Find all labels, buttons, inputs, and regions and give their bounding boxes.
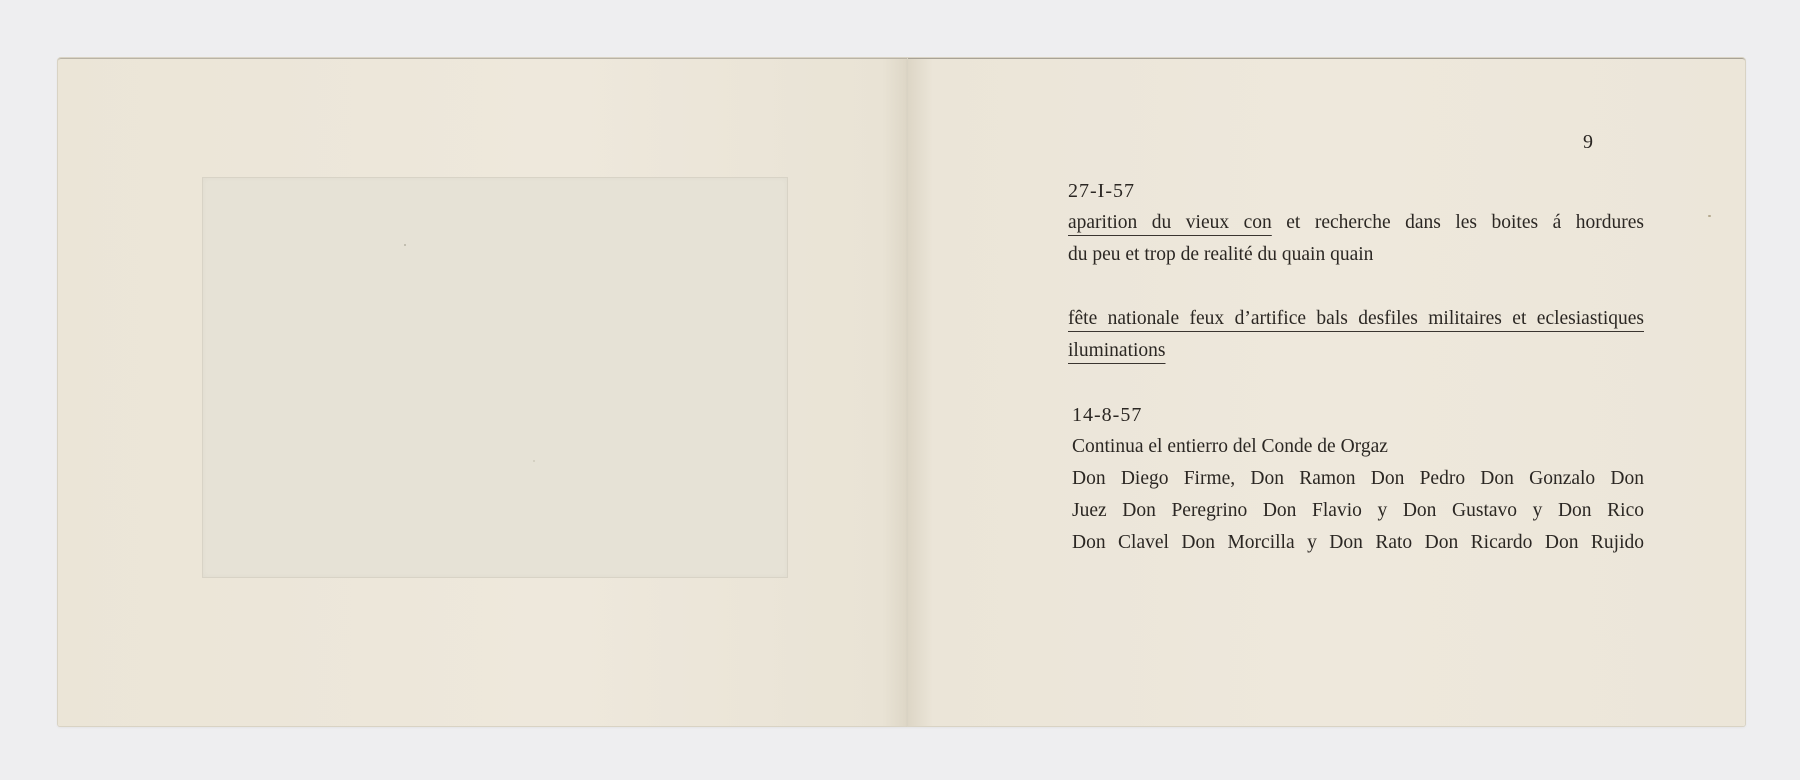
entry-date: 14-8-57 (1072, 399, 1644, 431)
text-line: du peu et trop de realité du quain quain (1068, 239, 1644, 271)
underlined-phrase: aparition du vieux con (1068, 212, 1272, 233)
text-line: Continua el entierro del Conde de Orgaz (1072, 431, 1644, 463)
text-line: aparition du vieux con et recherche dans… (1068, 207, 1644, 239)
text-line: Don Clavel Don Morcilla y Don Rato Don R… (1072, 527, 1644, 559)
text-line: fête nationale feux d’artifice bals desf… (1068, 303, 1644, 335)
line-rest: et recherche dans les boites á hordures (1272, 212, 1644, 233)
text-line: iluminations (1068, 335, 1644, 367)
stanza-gap (1068, 271, 1644, 303)
etching-plate (202, 177, 788, 578)
underlined-phrase: fête nationale feux d’artifice bals desf… (1068, 308, 1644, 329)
poem-text: 27-I-57 aparition du vieux con et recher… (1068, 175, 1644, 559)
book-spread: 9 27-I-57 aparition du vieux con et rech… (58, 58, 1745, 725)
text-line: Don Diego Firme, Don Ramon Don Pedro Don… (1072, 463, 1644, 495)
stanza-gap (1068, 367, 1644, 399)
paper-speck (1708, 215, 1711, 217)
entry-date: 27-I-57 (1068, 175, 1644, 207)
text-line: Juez Don Peregrino Don Flavio y Don Gust… (1072, 495, 1644, 527)
plate-speck (533, 460, 535, 462)
page-number: 9 (1583, 131, 1593, 154)
plate-speck (404, 244, 406, 246)
left-page (58, 58, 908, 726)
underlined-phrase: iluminations (1068, 340, 1166, 361)
entry-14-8-57: 14-8-57 Continua el entierro del Conde d… (1072, 399, 1644, 559)
right-page: 9 27-I-57 aparition du vieux con et rech… (908, 58, 1745, 726)
